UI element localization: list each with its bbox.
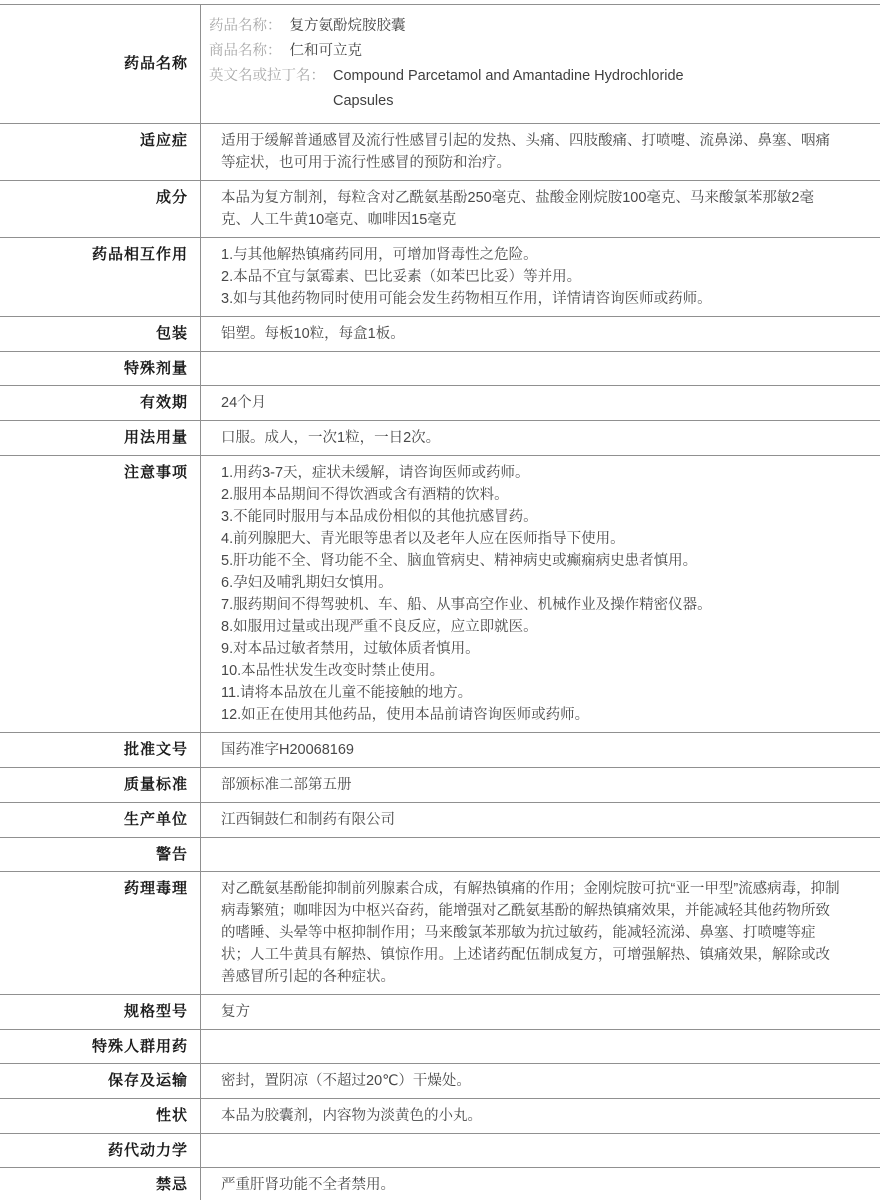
content-line: 9.对本品过敏者禁用，过敏体质者慎用。 xyxy=(221,638,840,660)
row-label: 规格型号 xyxy=(0,995,201,1029)
table-row: 规格型号 复方 xyxy=(0,994,880,1029)
content-text: 江西铜鼓仁和制药有限公司 xyxy=(221,809,840,831)
field-line: 商品名称：仁和可立克 xyxy=(209,39,840,64)
table-row: 保存及运输 密封，置阴凉（不超过20℃）干燥处。 xyxy=(0,1063,880,1098)
field-value: 复方氨酚烷胺胶囊 xyxy=(290,14,406,39)
table-row: 用法用量 口服。成人，一次1粒，一日2次。 xyxy=(0,420,880,455)
row-label: 禁忌 xyxy=(0,1168,201,1200)
content-text: 本品为复方制剂，每粒含对乙酰氨基酚250毫克、盐酸金刚烷胺100毫克、马来酸氯苯… xyxy=(221,187,840,231)
field-value: 仁和可立克 xyxy=(290,39,363,64)
field-label: 药品名称： xyxy=(209,14,282,39)
row-content: 1.与其他解热镇痛药同用，可增加肾毒性之危险。2.本品不宜与氯霉素、巴比妥素（如… xyxy=(201,238,880,316)
content-line: 1.用药3-7天，症状未缓解，请咨询医师或药师。 xyxy=(221,462,840,484)
table-row: 特殊剂量 xyxy=(0,351,880,385)
table-row: 特殊人群用药 xyxy=(0,1029,880,1063)
row-label: 药理毒理 xyxy=(0,872,201,994)
table-row: 包装 铝塑。每板10粒，每盒1板。 xyxy=(0,316,880,351)
field-line: 药品名称：复方氨酚烷胺胶囊 xyxy=(209,14,840,39)
row-content: 本品为胶囊剂，内容物为淡黄色的小丸。 xyxy=(201,1099,880,1133)
content-text: 24个月 xyxy=(221,392,840,414)
content-line: 8.如服用过量或出现严重不良反应，应立即就医。 xyxy=(221,616,840,638)
table-row: 药品名称 药品名称：复方氨酚烷胺胶囊商品名称：仁和可立克英文名或拉丁名：Comp… xyxy=(0,4,880,123)
field-line: 英文名或拉丁名：Compound Parcetamol and Amantadi… xyxy=(209,64,840,114)
row-content: 对乙酰氨基酚能抑制前列腺素合成，有解热镇痛的作用；金刚烷胺可抗“亚一甲型”流感病… xyxy=(201,872,880,994)
row-content: 密封，置阴凉（不超过20℃）干燥处。 xyxy=(201,1064,880,1098)
row-content: 铝塑。每板10粒，每盒1板。 xyxy=(201,317,880,351)
content-line: 4.前列腺肥大、青光眼等患者以及老年人应在医师指导下使用。 xyxy=(221,528,840,550)
row-label: 成分 xyxy=(0,181,201,237)
table-row: 生产单位 江西铜鼓仁和制药有限公司 xyxy=(0,802,880,837)
content-line: 11.请将本品放在儿童不能接触的地方。 xyxy=(221,682,840,704)
row-label: 特殊剂量 xyxy=(0,352,201,385)
table-row: 性状 本品为胶囊剂，内容物为淡黄色的小丸。 xyxy=(0,1098,880,1133)
content-line: 1.与其他解热镇痛药同用，可增加肾毒性之危险。 xyxy=(221,244,840,266)
row-label: 药品相互作用 xyxy=(0,238,201,316)
content-line: 10.本品性状发生改变时禁止使用。 xyxy=(221,660,840,682)
table-row: 药品相互作用 1.与其他解热镇痛药同用，可增加肾毒性之危险。2.本品不宜与氯霉素… xyxy=(0,237,880,316)
content-text: 部颁标准二部第五册 xyxy=(221,774,840,796)
content-line: 12.如正在使用其他药品，使用本品前请咨询医师或药师。 xyxy=(221,704,840,726)
content-text: 铝塑。每板10粒，每盒1板。 xyxy=(221,323,840,345)
table-row: 适应症 适用于缓解普通感冒及流行性感冒引起的发热、头痛、四肢酸痛、打喷嚏、流鼻涕… xyxy=(0,123,880,180)
table-row: 成分 本品为复方制剂，每粒含对乙酰氨基酚250毫克、盐酸金刚烷胺100毫克、马来… xyxy=(0,180,880,237)
table-row: 药理毒理 对乙酰氨基酚能抑制前列腺素合成，有解热镇痛的作用；金刚烷胺可抗“亚一甲… xyxy=(0,871,880,994)
row-label: 批准文号 xyxy=(0,733,201,767)
table-row: 药代动力学 xyxy=(0,1133,880,1167)
content-text: 口服。成人，一次1粒，一日2次。 xyxy=(221,427,840,449)
content-text: 国药准字H20068169 xyxy=(221,739,840,761)
row-content: 江西铜鼓仁和制药有限公司 xyxy=(201,803,880,837)
content-text: 复方 xyxy=(221,1001,840,1023)
row-label: 生产单位 xyxy=(0,803,201,837)
content-line: 3.不能同时服用与本品成份相似的其他抗感冒药。 xyxy=(221,506,840,528)
row-content xyxy=(201,1030,880,1063)
row-content: 本品为复方制剂，每粒含对乙酰氨基酚250毫克、盐酸金刚烷胺100毫克、马来酸氯苯… xyxy=(201,181,880,237)
content-text: 密封，置阴凉（不超过20℃）干燥处。 xyxy=(221,1070,840,1092)
field-value: Compound Parcetamol and Amantadine Hydro… xyxy=(333,64,725,114)
row-label: 警告 xyxy=(0,838,201,871)
row-label: 性状 xyxy=(0,1099,201,1133)
field-label: 商品名称： xyxy=(209,39,282,64)
table-row: 注意事项 1.用药3-7天，症状未缓解，请咨询医师或药师。2.服用本品期间不得饮… xyxy=(0,455,880,732)
field-label: 英文名或拉丁名： xyxy=(209,64,325,89)
table-row: 有效期 24个月 xyxy=(0,385,880,420)
row-label: 药代动力学 xyxy=(0,1134,201,1167)
row-content xyxy=(201,1134,880,1167)
content-line: 5.肝功能不全、肾功能不全、脑血管病史、精神病史或癫痫病史患者慎用。 xyxy=(221,550,840,572)
row-content: 复方 xyxy=(201,995,880,1029)
content-line: 7.服药期间不得驾驶机、车、船、从事高空作业、机械作业及操作精密仪器。 xyxy=(221,594,840,616)
row-content: 适用于缓解普通感冒及流行性感冒引起的发热、头痛、四肢酸痛、打喷嚏、流鼻涕、鼻塞、… xyxy=(201,124,880,180)
row-label: 注意事项 xyxy=(0,456,201,732)
content-text: 适用于缓解普通感冒及流行性感冒引起的发热、头痛、四肢酸痛、打喷嚏、流鼻涕、鼻塞、… xyxy=(221,130,840,174)
row-label: 质量标准 xyxy=(0,768,201,802)
row-label: 保存及运输 xyxy=(0,1064,201,1098)
content-line: 6.孕妇及哺乳期妇女慎用。 xyxy=(221,572,840,594)
row-label: 包装 xyxy=(0,317,201,351)
content-text: 对乙酰氨基酚能抑制前列腺素合成，有解热镇痛的作用；金刚烷胺可抗“亚一甲型”流感病… xyxy=(221,878,840,988)
content-text: 本品为胶囊剂，内容物为淡黄色的小丸。 xyxy=(221,1105,840,1127)
row-content: 严重肝肾功能不全者禁用。 xyxy=(201,1168,880,1200)
row-content xyxy=(201,352,880,385)
table-row: 批准文号 国药准字H20068169 xyxy=(0,732,880,767)
row-label: 适应症 xyxy=(0,124,201,180)
row-content: 部颁标准二部第五册 xyxy=(201,768,880,802)
table-row: 禁忌 严重肝肾功能不全者禁用。 xyxy=(0,1167,880,1200)
row-content xyxy=(201,838,880,871)
content-text: 严重肝肾功能不全者禁用。 xyxy=(221,1174,840,1196)
content-line: 2.本品不宜与氯霉素、巴比妥素（如苯巴比妥）等并用。 xyxy=(221,266,840,288)
table-row: 质量标准 部颁标准二部第五册 xyxy=(0,767,880,802)
content-line: 2.服用本品期间不得饮酒或含有酒精的饮料。 xyxy=(221,484,840,506)
row-content: 口服。成人，一次1粒，一日2次。 xyxy=(201,421,880,455)
row-content: 1.用药3-7天，症状未缓解，请咨询医师或药师。2.服用本品期间不得饮酒或含有酒… xyxy=(201,456,880,732)
row-label: 特殊人群用药 xyxy=(0,1030,201,1063)
drug-info-page: 药品名称 药品名称：复方氨酚烷胺胶囊商品名称：仁和可立克英文名或拉丁名：Comp… xyxy=(0,0,880,1200)
row-label: 有效期 xyxy=(0,386,201,420)
row-content: 国药准字H20068169 xyxy=(201,733,880,767)
row-label: 药品名称 xyxy=(0,5,201,123)
row-label: 用法用量 xyxy=(0,421,201,455)
content-line: 3.如与其他药物同时使用可能会发生药物相互作用，详情请咨询医师或药师。 xyxy=(221,288,840,310)
row-content: 药品名称：复方氨酚烷胺胶囊商品名称：仁和可立克英文名或拉丁名：Compound … xyxy=(201,5,880,123)
drug-info-table: 药品名称 药品名称：复方氨酚烷胺胶囊商品名称：仁和可立克英文名或拉丁名：Comp… xyxy=(0,4,880,1200)
table-row: 警告 xyxy=(0,837,880,871)
row-content: 24个月 xyxy=(201,386,880,420)
